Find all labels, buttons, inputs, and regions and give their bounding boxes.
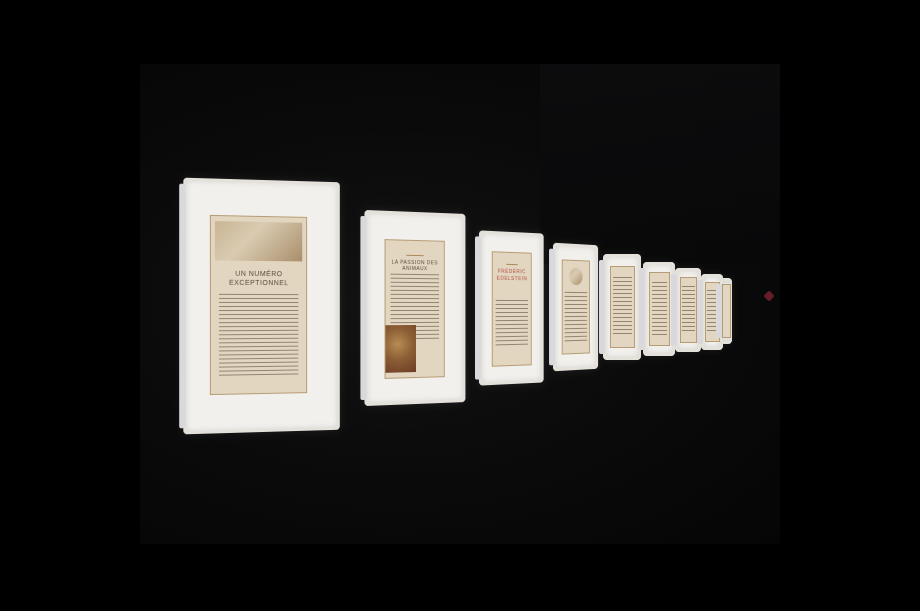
panel-6-text xyxy=(652,282,668,337)
panel-7 xyxy=(680,277,697,343)
photo: UN NUMÉRO EXCEPTIONNEL LA PASSION DES AN… xyxy=(140,64,780,544)
frame-9 xyxy=(720,278,732,344)
panel-7-text xyxy=(682,286,695,335)
ceiling xyxy=(540,64,780,264)
panel-3-title: FRÉDÉRIC EDELSTEIN xyxy=(493,268,531,283)
panel-5-text xyxy=(613,277,632,338)
panel-4-emblem xyxy=(569,268,582,285)
panel-2-image xyxy=(386,325,417,372)
panel-1-image xyxy=(215,221,303,261)
panel-3-ornament xyxy=(506,256,517,265)
panel-1-title: UN NUMÉRO EXCEPTIONNEL xyxy=(211,269,306,288)
frame-3: FRÉDÉRIC EDELSTEIN xyxy=(479,230,544,385)
panel-5 xyxy=(610,266,635,348)
frame-4 xyxy=(553,243,598,372)
panel-9 xyxy=(722,284,731,338)
panel-4 xyxy=(562,259,590,354)
panel-6 xyxy=(649,272,670,346)
panel-3-text xyxy=(496,300,528,345)
panel-2: LA PASSION DES ANIMAUX xyxy=(385,239,445,379)
panel-3: FRÉDÉRIC EDELSTEIN xyxy=(492,251,532,366)
panel-1: UN NUMÉRO EXCEPTIONNEL xyxy=(210,215,307,395)
panel-2-ornament xyxy=(406,245,423,256)
panel-4-text xyxy=(565,292,587,344)
frame-1: UN NUMÉRO EXCEPTIONNEL xyxy=(183,178,340,435)
panel-2-title: LA PASSION DES ANIMAUX xyxy=(386,259,444,272)
frame-5 xyxy=(603,254,641,360)
frame-2: LA PASSION DES ANIMAUX xyxy=(364,210,465,406)
panel-1-text xyxy=(219,294,299,376)
